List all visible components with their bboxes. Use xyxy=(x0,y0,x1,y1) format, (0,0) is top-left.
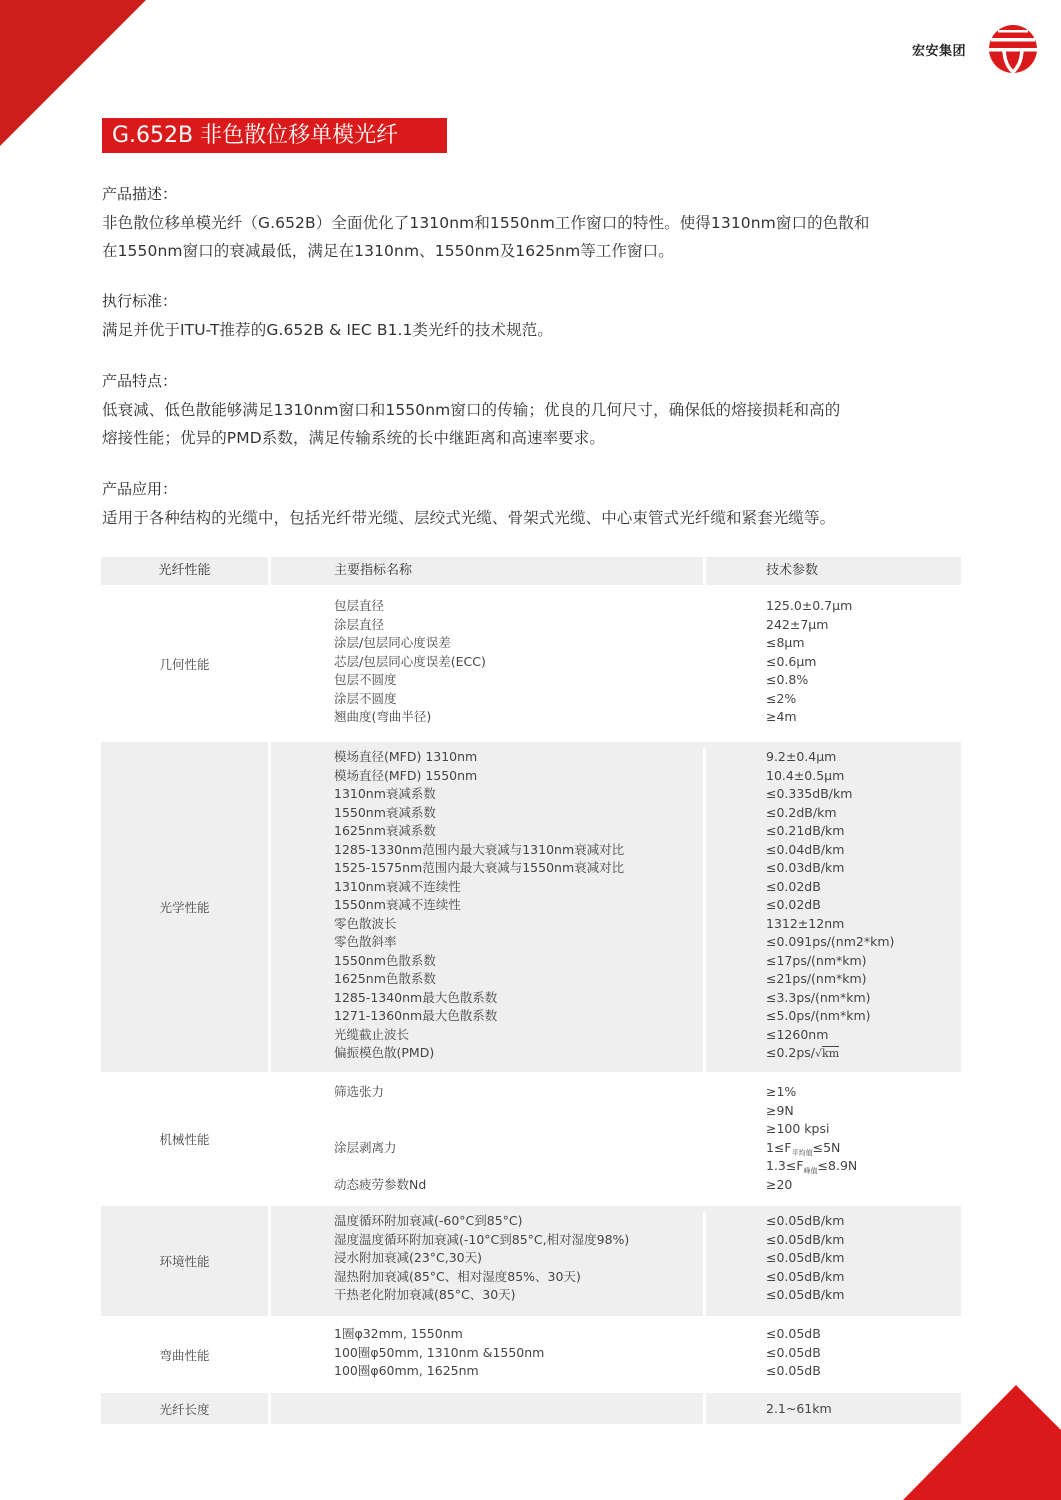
category-cell: 环境性能 xyxy=(101,1206,271,1316)
spec-name: 零色散斜率 xyxy=(334,933,703,952)
spec-name: 零色散波长 xyxy=(334,915,703,934)
spec-name: 1285-1340nm最大色散系数 xyxy=(334,989,703,1008)
table-row-mechanical: 机械性能 筛选张力 涂层剥离力 动态疲劳参数Nd ≥1% ≥9N ≥100 kp… xyxy=(101,1075,961,1203)
spec-value: ≤3.3ps/(nm*km) xyxy=(766,989,961,1008)
spec-name: 1285-1330nm范围内最大衰减与1310nm衰减对比 xyxy=(334,841,703,860)
spec-value: ≤17ps/(nm*km) xyxy=(766,952,961,971)
category-cell: 光纤长度 xyxy=(101,1393,271,1424)
spec-value: ≤0.21dB/km xyxy=(766,822,961,841)
table-row-length: 光纤长度 2.1~61km xyxy=(101,1393,961,1424)
section-text: 低衰减、低色散能够满足1310nm窗口和1550nm窗口的传输；优良的几何尺寸，… xyxy=(102,396,972,424)
spec-name: 筛选张力 xyxy=(334,1083,703,1102)
spec-name: 1550nm色散系数 xyxy=(334,952,703,971)
spec-value: ≤0.2dB/km xyxy=(766,804,961,823)
spec-value: ≤0.05dB xyxy=(766,1362,961,1381)
values-cell: ≤0.05dB/km ≤0.05dB/km ≤0.05dB/km ≤0.05dB… xyxy=(706,1212,961,1316)
names-cell: 1圈φ32mm, 1550nm 100圈φ50mm, 1310nm &1550n… xyxy=(271,1325,706,1390)
spec-value-peel-peak: 1.3≤F峰值≤8.9N xyxy=(766,1157,961,1176)
spec-value: 242±7μm xyxy=(766,616,961,635)
spec-name: 1525-1575nm范围内最大衰减与1550nm衰减对比 xyxy=(334,859,703,878)
spec-value: ≤0.02dB xyxy=(766,896,961,915)
spec-name: 1625nm色散系数 xyxy=(334,970,703,989)
spec-value-peel-avg: 1≤F平均值≤5N xyxy=(766,1139,961,1158)
section-text: 满足并优于ITU-T推荐的G.652B & IEC B1.1类光纤的技术规范。 xyxy=(102,316,972,344)
category-cell: 几何性能 xyxy=(101,589,271,739)
spec-name: 浸水附加衰减(23°C,30天) xyxy=(334,1249,703,1268)
section-application: 产品应用： 适用于各种结构的光缆中，包括光纤带光缆、层绞式光缆、骨架式光缆、中心… xyxy=(102,478,972,532)
section-description: 产品描述： 非色散位移单模光纤（G.652B）全面优化了1310nm和1550n… xyxy=(102,183,972,265)
spec-name: 模场直径(MFD) 1550nm xyxy=(334,767,703,786)
section-text: 熔接性能；优异的PMD系数，满足传输系统的长中继距离和高速率要求。 xyxy=(102,424,972,452)
spec-value: 9.2±0.4μm xyxy=(766,748,961,767)
spec-value: ≤0.8% xyxy=(766,671,961,690)
spec-value: ≥9N xyxy=(766,1102,961,1121)
table-header-row: 光纤性能 主要指标名称 技术参数 xyxy=(101,557,961,585)
spec-value: ≤0.05dB xyxy=(766,1325,961,1344)
spec-name: 100圈φ60mm, 1625nm xyxy=(334,1362,703,1381)
spec-value: ≤0.05dB/km xyxy=(766,1286,961,1305)
spec-value: 2.1~61km xyxy=(706,1393,961,1424)
table-row-optical: 光学性能 模场直径(MFD) 1310nm 模场直径(MFD) 1550nm 1… xyxy=(101,742,961,1072)
values-cell: 125.0±0.7μm 242±7μm ≤8μm ≤0.6μm ≤0.8% ≤2… xyxy=(706,597,961,739)
spec-name: 涂层不圆度 xyxy=(334,690,703,709)
spec-value: ≥100 kpsi xyxy=(766,1120,961,1139)
names-cell: 模场直径(MFD) 1310nm 模场直径(MFD) 1550nm 1310nm… xyxy=(271,748,706,1072)
spec-name: 芯层/包层同心度误差(ECC) xyxy=(334,653,703,672)
spec-name: 1271-1360nm最大色散系数 xyxy=(334,1007,703,1026)
spec-value: ≥4m xyxy=(766,708,961,727)
spec-value: ≤5.0ps/(nm*km) xyxy=(766,1007,961,1026)
table-row-geometry: 几何性能 包层直径 涂层直径 涂层/包层同心度误差 芯层/包层同心度误差(ECC… xyxy=(101,589,961,739)
section-heading: 产品描述： xyxy=(102,183,972,205)
values-cell: ≤0.05dB ≤0.05dB ≤0.05dB xyxy=(706,1325,961,1390)
spec-name: 涂层直径 xyxy=(334,616,703,635)
spec-value: ≤8μm xyxy=(766,634,961,653)
section-text: 非色散位移单模光纤（G.652B）全面优化了1310nm和1550nm工作窗口的… xyxy=(102,209,972,237)
values-cell: 9.2±0.4μm 10.4±0.5μm ≤0.335dB/km ≤0.2dB/… xyxy=(706,748,961,1072)
spec-name: 1310nm衰减不连续性 xyxy=(334,878,703,897)
spec-value: ≤0.05dB/km xyxy=(766,1231,961,1250)
spec-name: 光缆截止波长 xyxy=(334,1026,703,1045)
spec-name: 偏振模色散(PMD) xyxy=(334,1044,703,1063)
spec-value: ≥20 xyxy=(766,1176,961,1195)
spec-name: 1圈φ32mm, 1550nm xyxy=(334,1325,703,1344)
spec-name: 温度循环附加衰减(-60°C到85°C) xyxy=(334,1212,703,1231)
spec-value: ≤0.05dB xyxy=(766,1344,961,1363)
spec-value: ≤0.03dB/km xyxy=(766,859,961,878)
spec-name xyxy=(334,1157,703,1176)
section-heading: 产品应用： xyxy=(102,478,972,500)
spec-name: 1550nm衰减系数 xyxy=(334,804,703,823)
names-cell: 筛选张力 涂层剥离力 动态疲劳参数Nd xyxy=(271,1083,706,1203)
section-features: 产品特点： 低衰减、低色散能够满足1310nm窗口和1550nm窗口的传输；优良… xyxy=(102,370,972,452)
spec-name: 1550nm衰减不连续性 xyxy=(334,896,703,915)
spec-name: 动态疲劳参数Nd xyxy=(334,1176,703,1195)
spec-name: 1310nm衰减系数 xyxy=(334,785,703,804)
category-cell: 光学性能 xyxy=(101,742,271,1072)
spec-value: ≤0.04dB/km xyxy=(766,841,961,860)
names-cell xyxy=(271,1393,706,1424)
spec-name: 湿热附加衰减(85°C、相对湿度85%、30天) xyxy=(334,1268,703,1287)
category-cell: 机械性能 xyxy=(101,1075,271,1203)
spec-value: 10.4±0.5μm xyxy=(766,767,961,786)
table-row-environment: 环境性能 温度循环附加衰减(-60°C到85°C) 湿度温度循环附加衰减(-10… xyxy=(101,1206,961,1316)
spec-name: 干热老化附加衰减(85°C、30天) xyxy=(334,1286,703,1305)
spec-value: ≥1% xyxy=(766,1083,961,1102)
page-title: G.652B 非色散位移单模光纤 xyxy=(102,118,447,153)
spec-value: ≤21ps/(nm*km) xyxy=(766,970,961,989)
spec-name xyxy=(334,1120,703,1139)
spec-name: 包层不圆度 xyxy=(334,671,703,690)
spec-value: 1312±12nm xyxy=(766,915,961,934)
spec-value: ≤0.05dB/km xyxy=(766,1249,961,1268)
spec-name: 翘曲度(弯曲半径) xyxy=(334,708,703,727)
brand-name: 宏安集团 xyxy=(912,40,966,59)
spec-name: 涂层剥离力 xyxy=(334,1139,703,1158)
spec-value: ≤2% xyxy=(766,690,961,709)
spec-name: 100圈φ50mm, 1310nm &1550nm xyxy=(334,1344,703,1363)
names-cell: 包层直径 涂层直径 涂层/包层同心度误差 芯层/包层同心度误差(ECC) 包层不… xyxy=(271,597,706,739)
spec-name: 湿度温度循环附加衰减(-10°C到85°C,相对湿度98%) xyxy=(334,1231,703,1250)
spec-value: ≤0.335dB/km xyxy=(766,785,961,804)
section-heading: 产品特点： xyxy=(102,370,972,392)
spec-name xyxy=(334,1102,703,1121)
section-standard: 执行标准： 满足并优于ITU-T推荐的G.652B & IEC B1.1类光纤的… xyxy=(102,290,972,344)
spec-value: ≤0.091ps/(nm2*km) xyxy=(766,933,961,952)
names-cell: 温度循环附加衰减(-60°C到85°C) 湿度温度循环附加衰减(-10°C到85… xyxy=(271,1212,706,1316)
column-header: 光纤性能 xyxy=(101,557,271,585)
spec-value: ≤0.02dB xyxy=(766,878,961,897)
table-row-bending: 弯曲性能 1圈φ32mm, 1550nm 100圈φ50mm, 1310nm &… xyxy=(101,1319,961,1390)
spec-name: 1625nm衰减系数 xyxy=(334,822,703,841)
spec-value: ≤0.05dB/km xyxy=(766,1268,961,1287)
spec-value: ≤0.05dB/km xyxy=(766,1212,961,1231)
spec-value: ≤1260nm xyxy=(766,1026,961,1045)
spec-name: 涂层/包层同心度误差 xyxy=(334,634,703,653)
category-cell: 弯曲性能 xyxy=(101,1319,271,1390)
spec-value: ≤0.6μm xyxy=(766,653,961,672)
spec-value: 125.0±0.7μm xyxy=(766,597,961,616)
spec-name: 包层直径 xyxy=(334,597,703,616)
spec-name: 模场直径(MFD) 1310nm xyxy=(334,748,703,767)
spec-value-pmd: ≤0.2ps/√km xyxy=(766,1044,961,1063)
column-header: 主要指标名称 xyxy=(271,557,706,585)
sqrt-icon: √km xyxy=(815,1046,839,1060)
section-text: 适用于各种结构的光缆中，包括光纤带光缆、层绞式光缆、骨架式光缆、中心束管式光纤缆… xyxy=(102,504,972,532)
spec-table: 光纤性能 主要指标名称 技术参数 几何性能 包层直径 涂层直径 涂层/包层同心度… xyxy=(101,557,961,1424)
hongan-globe-logo-icon xyxy=(988,24,1038,74)
values-cell: ≥1% ≥9N ≥100 kpsi 1≤F平均值≤5N 1.3≤F峰值≤8.9N… xyxy=(706,1083,961,1203)
column-header: 技术参数 xyxy=(706,557,961,585)
section-heading: 执行标准： xyxy=(102,290,972,312)
section-text: 在1550nm窗口的衰减最低，满足在1310nm、1550nm及1625nm等工… xyxy=(102,237,972,265)
